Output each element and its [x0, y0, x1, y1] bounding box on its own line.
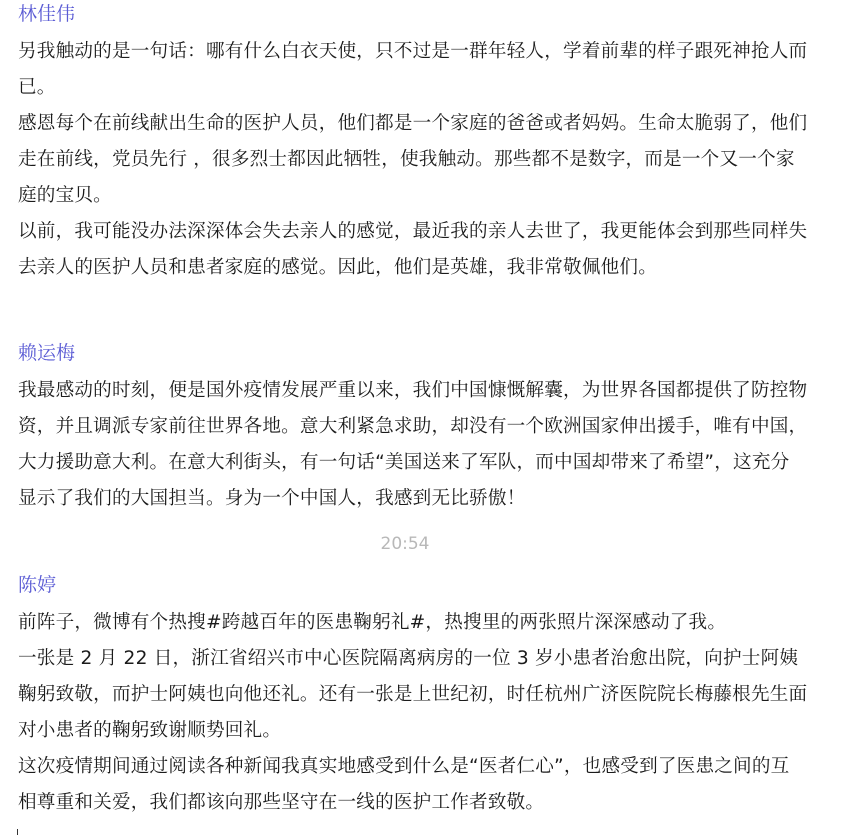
message-paragraph: 一张是 2 月 22 日，浙江省绍兴市中心医院隔离病房的一位 3 岁小患者治愈出… [18, 641, 808, 749]
message-chenting: 陈婷 前阵子，微博有个热搜#跨越百年的医患鞠躬礼#，热搜里的两张照片深深感动了我… [18, 572, 808, 821]
message-paragraph: 感恩每个在前线献出生命的医护人员，他们都是一个家庭的爸爸或者妈妈。生命太脆弱了，… [18, 106, 808, 214]
message-paragraph: 这次疫情期间通过阅读各种新闻我真实地感受到什么是“医者仁心”，也感受到了医患之间… [18, 749, 808, 821]
message-paragraph: 前阵子，微博有个热搜#跨越百年的医患鞠躬礼#，热搜里的两张照片深深感动了我。 [18, 605, 808, 641]
message-body: 我最感动的时刻，便是国外疫情发展严重以来，我们中国慷慨解囊，为世界各国都提供了防… [18, 373, 808, 517]
sender-name[interactable]: 林佳伟 [18, 1, 808, 27]
message-body: 另我触动的是一句话：哪有什么白衣天使，只不过是一群年轻人，学着前辈的样子跟死神抢… [18, 34, 808, 286]
message-laiyunmei: 赖运梅 我最感动的时刻，便是国外疫情发展严重以来，我们中国慷慨解囊，为世界各国都… [18, 340, 808, 517]
message-linjiawei: 林佳伟 另我触动的是一句话：哪有什么白衣天使，只不过是一群年轻人，学着前辈的样子… [18, 1, 808, 286]
sender-name[interactable]: 赖运梅 [18, 340, 808, 366]
text-cursor [17, 829, 18, 835]
message-body: 前阵子，微博有个热搜#跨越百年的医患鞠躬礼#，热搜里的两张照片深深感动了我。 一… [18, 605, 808, 821]
message-paragraph: 我最感动的时刻，便是国外疫情发展严重以来，我们中国慷慨解囊，为世界各国都提供了防… [18, 373, 808, 517]
sender-name[interactable]: 陈婷 [18, 572, 808, 598]
message-paragraph: 另我触动的是一句话：哪有什么白衣天使，只不过是一群年轻人，学着前辈的样子跟死神抢… [18, 34, 808, 106]
message-timestamp: 20:54 [0, 531, 810, 557]
message-paragraph: 以前，我可能没办法深深体会失去亲人的感觉，最近我的亲人去世了，我更能体会到那些同… [18, 214, 808, 286]
